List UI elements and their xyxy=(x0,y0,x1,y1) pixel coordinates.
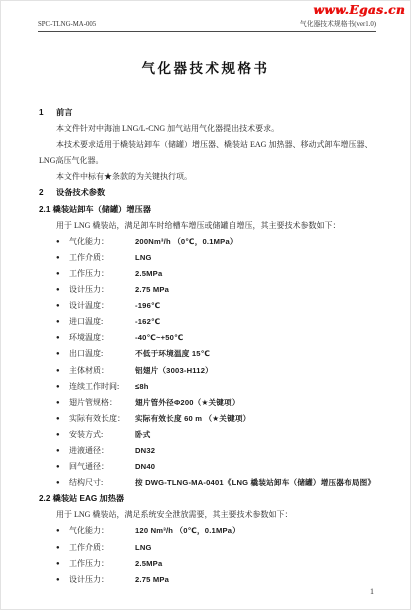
spec-item-label: 设计温度： xyxy=(69,298,135,314)
doc-name: 气化器技术规格书(ver1.0) xyxy=(300,18,376,28)
watermark-logo: www.Egas.cn xyxy=(313,3,405,17)
spec-list-2-2: ● 气化能力： 120 Nm³/h （0℃，0.1MPa） ● 工作介质： LN… xyxy=(39,523,380,587)
spec-item-value: 按 DWG-TLNG-MA-0401《LNG 橇装站卸车（储罐）增压器布局图》 xyxy=(135,475,375,491)
spec-item-row: ● 设计压力： 2.75 MPa xyxy=(39,572,380,588)
spec-item-label: 主体材质： xyxy=(69,363,135,379)
spec-item-value: DN32 xyxy=(135,443,155,459)
spec-item-label: 工作压力： xyxy=(69,266,135,282)
bullet-icon: ● xyxy=(39,523,69,539)
bullet-icon: ● xyxy=(39,250,69,266)
spec-item-row: ● 工作压力： 2.5MPa xyxy=(39,556,380,572)
section-2-1-heading: 2.1 橇装站卸车（储罐）增压器 xyxy=(39,202,380,218)
spec-item-label: 工作压力： xyxy=(69,556,135,572)
spec-item-label: 气化能力： xyxy=(69,234,135,250)
section-1-heading: 1 前言 xyxy=(39,105,380,121)
bullet-icon: ● xyxy=(39,266,69,282)
spec-item-value: LNG xyxy=(135,250,152,266)
spec-item-value: -40℃~+50℃ xyxy=(135,330,183,346)
bullet-icon: ● xyxy=(39,572,69,588)
spec-item-row: ● 连续工作时间: ≤8h xyxy=(39,379,380,395)
spec-item-label: 安装方式: xyxy=(69,427,135,443)
spec-item-value: 2.5MPa xyxy=(135,266,162,282)
spec-item-row: ● 翅片管规格： 翅片管外径Φ200（★关键项） xyxy=(39,395,380,411)
spec-item-row: ● 进口温度: -162℃ xyxy=(39,314,380,330)
spec-item-row: ● 出口温度: 不低于环境温度 15℃ xyxy=(39,346,380,362)
section-1-paragraphs: 本文件针对中海油 LNG/L-CNG 加气站用气化器提出技术要求。 本技术要求适… xyxy=(39,121,380,185)
spec-item-label: 回气通径： xyxy=(69,459,135,475)
spec-item-row: ● 工作压力： 2.5MPa xyxy=(39,266,380,282)
bullet-icon: ● xyxy=(39,395,69,411)
bullet-icon: ● xyxy=(39,411,69,427)
spec-item-row: ● 进液通径： DN32 xyxy=(39,443,380,459)
bullet-icon: ● xyxy=(39,298,69,314)
spec-item-value: 翅片管外径Φ200（★关键项） xyxy=(135,395,240,411)
section-2-2-heading: 2.2 橇装站 EAG 加热器 xyxy=(39,491,380,507)
spec-item-row: ● 工作介质： LNG xyxy=(39,250,380,266)
spec-item-value: ≤8h xyxy=(135,379,149,395)
spec-item-row: ● 气化能力： 120 Nm³/h （0℃，0.1MPa） xyxy=(39,523,380,539)
spec-item-row: ● 设计温度： -196℃ xyxy=(39,298,380,314)
spec-item-label: 设计压力： xyxy=(69,572,135,588)
paragraph: 本文件中标有★条款的为关键执行项。 xyxy=(39,169,380,185)
spec-item-label: 实际有效长度： xyxy=(69,411,135,427)
spec-item-label: 结构尺寸: xyxy=(69,475,135,491)
paragraph: 本技术要求适用于橇装站卸车（储罐）增压器、橇装站 EAG 加热器、移动式卸车增压… xyxy=(39,137,380,169)
section-2-heading: 2 设备技术参数 xyxy=(39,185,380,201)
spec-item-value: 2.5MPa xyxy=(135,556,162,572)
spec-item-row: ● 主体材质： 铝翅片（3003-H112） xyxy=(39,363,380,379)
spec-item-label: 设计压力： xyxy=(69,282,135,298)
spec-list-2-1: ● 气化能力： 200Nm³/h （0℃，0.1MPa） ● 工作介质： LNG… xyxy=(39,234,380,492)
bullet-icon: ● xyxy=(39,282,69,298)
spec-item-value: LNG xyxy=(135,540,152,556)
spec-item-value: 200Nm³/h （0℃，0.1MPa） xyxy=(135,234,238,250)
spec-item-value: 120 Nm³/h （0℃，0.1MPa） xyxy=(135,523,240,539)
spec-item-value: 不低于环境温度 15℃ xyxy=(135,346,210,362)
spec-item-row: ● 气化能力： 200Nm³/h （0℃，0.1MPa） xyxy=(39,234,380,250)
document-body: 1 前言 本文件针对中海油 LNG/L-CNG 加气站用气化器提出技术要求。 本… xyxy=(39,105,380,588)
bullet-icon: ● xyxy=(39,330,69,346)
doc-code: SPC-TLNG-MA-005 xyxy=(38,21,96,28)
section-2-title: 设备技术参数 xyxy=(56,185,105,201)
bullet-icon: ● xyxy=(39,556,69,572)
spec-item-row: ● 回气通径： DN40 xyxy=(39,459,380,475)
section-2-number: 2 xyxy=(39,185,56,201)
spec-item-row: ● 安装方式: 卧式 xyxy=(39,427,380,443)
spec-item-value: 实际有效长度 60 m （★关键项） xyxy=(135,411,250,427)
page-number: 1 xyxy=(370,587,374,596)
spec-item-value: 铝翅片（3003-H112） xyxy=(135,363,213,379)
bullet-icon: ● xyxy=(39,379,69,395)
section-2-2-intro: 用于 LNG 橇装站，满足系统安全泄放需要，其主要技术参数如下： xyxy=(39,507,380,523)
section-2-1-intro: 用于 LNG 橇装站，满足卸车时给槽车增压或储罐自增压，其主要技术参数如下： xyxy=(39,218,380,234)
paragraph: 本文件针对中海油 LNG/L-CNG 加气站用气化器提出技术要求。 xyxy=(39,121,380,137)
spec-item-row: ● 工作介质： LNG xyxy=(39,540,380,556)
bullet-icon: ● xyxy=(39,427,69,443)
bullet-icon: ● xyxy=(39,443,69,459)
spec-item-value: 2.75 MPa xyxy=(135,282,169,298)
spec-item-value: 2.75 MPa xyxy=(135,572,169,588)
page-header: SPC-TLNG-MA-005 气化器技术规格书(ver1.0) xyxy=(38,18,376,32)
bullet-icon: ● xyxy=(39,475,69,491)
spec-item-label: 环境温度： xyxy=(69,330,135,346)
spec-item-row: ● 结构尺寸: 按 DWG-TLNG-MA-0401《LNG 橇装站卸车（储罐）… xyxy=(39,475,380,491)
spec-item-label: 工作介质： xyxy=(69,250,135,266)
bullet-icon: ● xyxy=(39,346,69,362)
spec-item-label: 进液通径： xyxy=(69,443,135,459)
bullet-icon: ● xyxy=(39,459,69,475)
spec-item-value: -162℃ xyxy=(135,314,160,330)
section-1-title: 前言 xyxy=(56,105,72,121)
bullet-icon: ● xyxy=(39,540,69,556)
section-1-number: 1 xyxy=(39,105,56,121)
bullet-icon: ● xyxy=(39,314,69,330)
spec-item-label: 连续工作时间: xyxy=(69,379,135,395)
spec-item-row: ● 设计压力： 2.75 MPa xyxy=(39,282,380,298)
bullet-icon: ● xyxy=(39,363,69,379)
spec-item-row: ● 环境温度： -40℃~+50℃ xyxy=(39,330,380,346)
document-title: 气化器技术规格书 xyxy=(1,57,410,77)
spec-item-label: 工作介质： xyxy=(69,540,135,556)
spec-item-value: -196℃ xyxy=(135,298,160,314)
spec-item-label: 气化能力： xyxy=(69,523,135,539)
spec-item-value: 卧式 xyxy=(135,427,151,443)
bullet-icon: ● xyxy=(39,234,69,250)
document-page: www.Egas.cn SPC-TLNG-MA-005 气化器技术规格书(ver… xyxy=(0,0,411,610)
spec-item-label: 进口温度: xyxy=(69,314,135,330)
spec-item-label: 翅片管规格： xyxy=(69,395,135,411)
spec-item-value: DN40 xyxy=(135,459,155,475)
spec-item-label: 出口温度: xyxy=(69,346,135,362)
spec-item-row: ● 实际有效长度： 实际有效长度 60 m （★关键项） xyxy=(39,411,380,427)
